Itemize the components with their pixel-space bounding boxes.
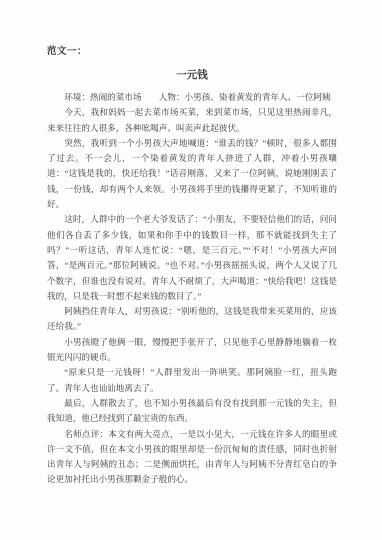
paragraph: 今天，我和妈妈一起去菜市场买菜，来到菜市场，只见这里热闹非凡，来来往往的人很多，… bbox=[47, 105, 337, 136]
meta-line: 环境：热闹的菜市场 人物：小男孩、染着黄发的青年人、一位阿姨 bbox=[47, 90, 337, 105]
paragraph: 这时，人群中的一个老大爷发话了：“小朋友，不要轻信他们的话，问问他们各自丢了多少… bbox=[47, 212, 337, 304]
paragraph: 最后，人群散去了，也不知小男孩最后有没有找到那一元钱的失主，但我知道，他已经找到… bbox=[47, 396, 337, 427]
paragraph: 突然，我听到一个小男孩大声地喊道：“谁丢的钱？”顿时，很多人都围了过去。不一会儿… bbox=[47, 136, 337, 212]
paragraph: 小男孩瞪了他俩一眼，慢慢把手张开了，只见他手心里静静地躺着一枚银光闪闪的硬币。 bbox=[47, 335, 337, 366]
essay-title: 一元钱 bbox=[47, 69, 337, 82]
teacher-comment: 名师点评：本文有两大亮点，一是以小见大，一元钱在许多人的眼里或许一文不值，但在本… bbox=[47, 427, 337, 488]
paragraph: 阿姨挡住青年人，对男孩说：“别听他的，这钱是我带来买菜用的，应该还给我。” bbox=[47, 304, 337, 335]
document-label: 范文一： bbox=[47, 46, 337, 58]
paragraph: “原来只是一元钱呀！”人群里发出一阵哄笑。那阿姨脸一红，扭头跑了。青年人也讪讪地… bbox=[47, 365, 337, 396]
essay-body: 环境：热闹的菜市场 人物：小男孩、染着黄发的青年人、一位阿姨 今天，我和妈妈一起… bbox=[47, 90, 337, 488]
document-page: 范文一： 一元钱 环境：热闹的菜市场 人物：小男孩、染着黄发的青年人、一位阿姨 … bbox=[0, 0, 382, 540]
